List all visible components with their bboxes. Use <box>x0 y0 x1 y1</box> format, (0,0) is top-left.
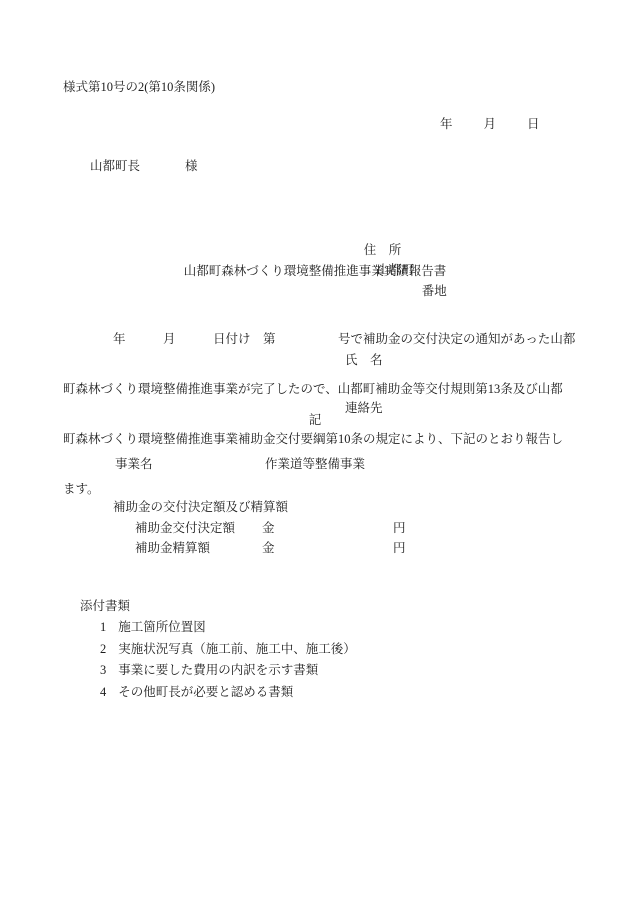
attachment-item-1: 1 施工箇所位置図 <box>100 620 206 634</box>
sender-address-suffix: 番地 <box>422 284 447 298</box>
body-line-3: 町森林づくり環境整備推進事業補助金交付要綱第10条の規定により、下記のとおり報告… <box>63 428 571 450</box>
attachment-item-3-number: 3 <box>100 663 106 677</box>
attachment-item-2: 2 実施状況写真（施工前、施工中、施工後） <box>100 642 356 656</box>
form-number: 様式第10号の2(第10条関係) <box>63 80 215 94</box>
addressee-line: 山都町長 様 <box>90 159 198 173</box>
project-name-value: 作業道等整備事業 <box>265 457 365 471</box>
attachments-heading: 添付書類 <box>80 599 130 613</box>
attachment-item-4-text: その他町長が必要と認める書類 <box>118 685 293 699</box>
date-month-label: 月 <box>484 117 497 131</box>
body-line-4: ます。 <box>63 478 571 500</box>
addressee-name: 山都町長 <box>90 159 140 173</box>
body-line-2: 町森林づくり環境整備推進事業が完了したので、山都町補助金等交付規則第13条及び山… <box>63 378 571 400</box>
subsidy-decision-row: 補助金交付決定額 金 円 <box>135 521 455 536</box>
body-line-1: 年 月 日付け 第 号で補助金の交付決定の通知があった山都 <box>63 328 571 350</box>
subsidy-settlement-currency-prefix: 金 <box>262 541 275 555</box>
subsidy-section-heading: 補助金の交付決定額及び精算額 <box>113 500 288 514</box>
attachment-item-3: 3 事業に要した費用の内訳を示す書類 <box>100 663 318 677</box>
subsidy-settlement-label: 補助金精算額 <box>135 541 210 555</box>
ki-heading: 記 <box>0 413 630 427</box>
date-day-label: 日 <box>527 117 540 131</box>
attachment-item-1-number: 1 <box>100 620 106 634</box>
attachment-item-1-text: 施工箇所位置図 <box>118 620 206 634</box>
subsidy-settlement-row: 補助金精算額 金 円 <box>135 541 455 556</box>
subsidy-decision-currency-prefix: 金 <box>262 521 275 535</box>
addressee-honorific: 様 <box>185 159 198 173</box>
subsidy-settlement-unit-suffix: 円 <box>393 541 406 555</box>
date-year-label: 年 <box>440 117 453 131</box>
attachment-item-3-text: 事業に要した費用の内訳を示す書類 <box>118 663 318 677</box>
document-page: 様式第10号の2(第10条関係) 年 月 日 山都町長 様 住 所 山都町 番地… <box>0 0 630 903</box>
project-name-label: 事業名 <box>115 457 153 471</box>
date-line: 年 月 日 <box>440 117 540 131</box>
subsidy-decision-unit-suffix: 円 <box>393 521 406 535</box>
attachment-item-2-text: 実施状況写真（施工前、施工中、施工後） <box>118 642 356 656</box>
attachment-item-2-number: 2 <box>100 642 106 656</box>
attachment-item-4-number: 4 <box>100 685 106 699</box>
sender-address-label: 住 所 <box>364 243 402 257</box>
subsidy-decision-label: 補助金交付決定額 <box>135 521 235 535</box>
document-title: 山都町森林づくり環境整備推進事業実績報告書 <box>0 264 630 278</box>
attachment-item-4: 4 その他町長が必要と認める書類 <box>100 685 293 699</box>
